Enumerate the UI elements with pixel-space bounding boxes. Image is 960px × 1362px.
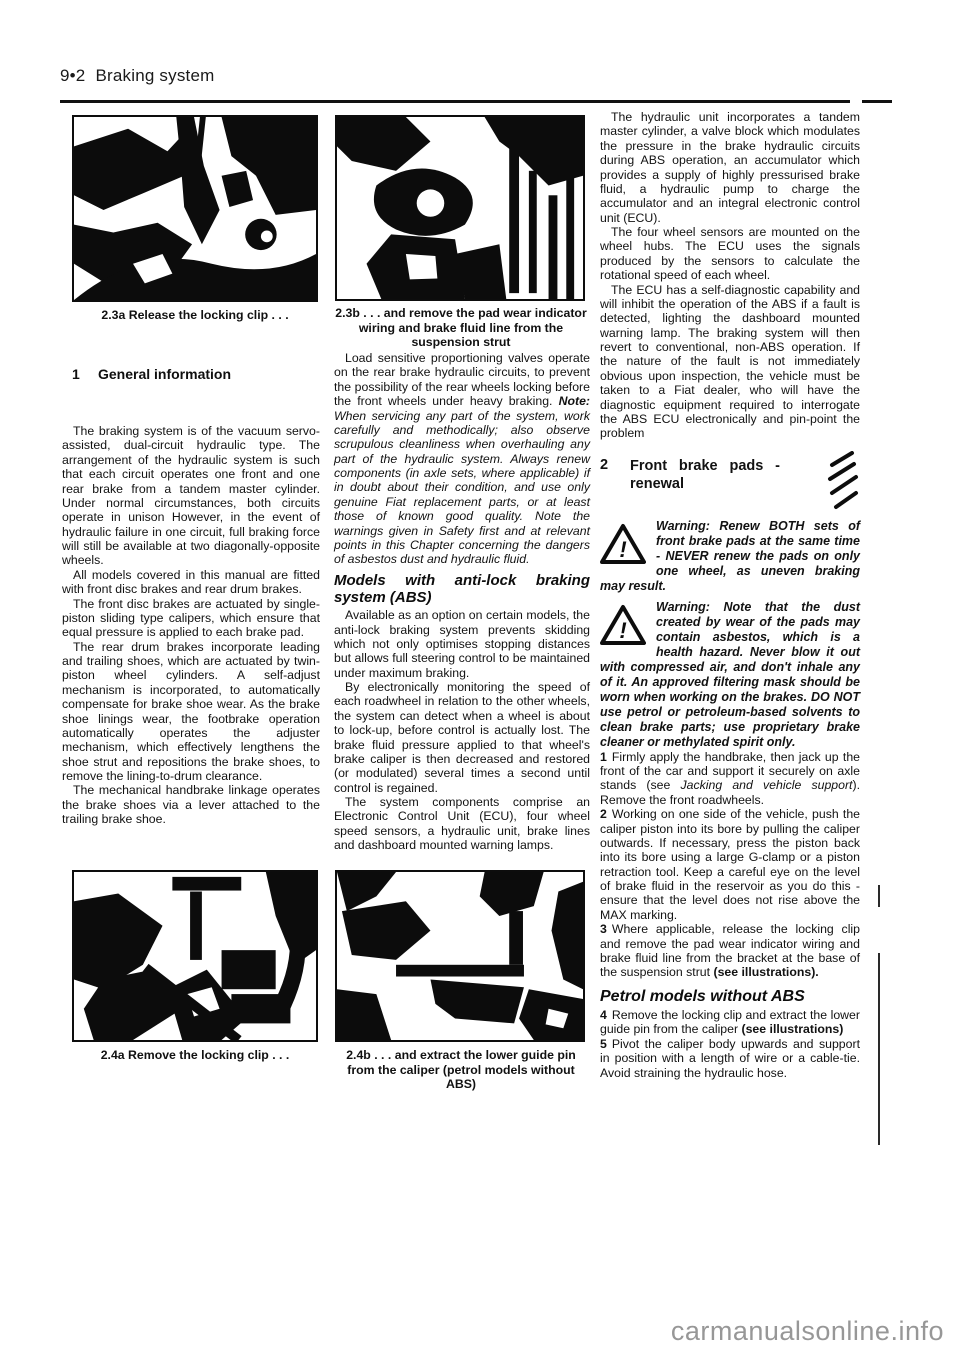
paragraph: The braking system is of the vacuum serv… [62, 424, 320, 568]
difficulty-spanner-icon [826, 451, 860, 513]
procedure-step: 4Remove the locking clip and extract the… [600, 1008, 860, 1037]
halftone-photo-image [74, 117, 316, 300]
column-3-body: The hydraulic unit incorporates a tandem… [600, 110, 860, 1080]
procedure-step: 1Firmly apply the handbrake, then jack u… [600, 750, 860, 808]
warning-label: Warning: [656, 600, 710, 614]
paragraph: Available as an option on certain models… [334, 608, 590, 680]
warning-block-1: ! Warning: Renew BOTH sets of front brak… [600, 519, 860, 594]
petrol-subheading: Petrol models without ABS [600, 988, 860, 1006]
paragraph: All models covered in this manual are fi… [62, 568, 320, 597]
page-header: 9•2Braking system [60, 66, 214, 86]
header-rule [60, 100, 850, 103]
warning-label: Warning: [656, 519, 710, 533]
paragraph: The front disc brakes are actuated by si… [62, 597, 320, 640]
step-number: 3 [600, 922, 607, 936]
halftone-photo-image [74, 872, 316, 1040]
section-2-number: 2 [600, 457, 630, 474]
section-2-title: Front brake pads - renewal [630, 457, 780, 493]
paragraph: By electronically monitoring the speed o… [334, 680, 590, 795]
exclamation-glyph: ! [619, 618, 626, 643]
figure-photo-2-3a [72, 115, 318, 302]
procedure-step: 5Pivot the caliper body upwards and supp… [600, 1037, 860, 1080]
halftone-photo-image [337, 872, 583, 1040]
header-rule-dash [862, 100, 892, 103]
halftone-photo-image [337, 117, 583, 299]
section-1-title: General information [98, 366, 231, 382]
step-number: 4 [600, 1008, 607, 1022]
section-1-heading: 1 General information [72, 366, 322, 382]
abs-subheading: Models with anti-lock braking system (AB… [334, 572, 590, 607]
scan-artifact-line [878, 885, 880, 907]
watermark: carmanualsonline.info [671, 1316, 944, 1347]
note-text: When servicing any part of the system, w… [334, 409, 590, 567]
warning-triangle-icon: ! [600, 523, 646, 565]
figure-photo-2-4a [72, 870, 318, 1042]
paragraph: The hydraulic unit incorporates a tandem… [600, 110, 860, 225]
paragraph: The mechanical handbrake linkage operate… [62, 783, 320, 826]
page-number: 9•2 [60, 66, 85, 85]
step-text: Working on one side of the vehicle, push… [600, 807, 860, 922]
column-2-body: Load sensitive proportioning valves oper… [334, 351, 590, 853]
figure-caption-2-4b: 2.4b . . . and extract the lower guide p… [333, 1048, 589, 1092]
step-text-bold: (see illustrations). [713, 965, 818, 979]
paragraph: The four wheel sensors are mounted on th… [600, 225, 860, 283]
section-2-heading: 2 Front brake pads - renewal [600, 457, 860, 513]
page-title: Braking system [95, 66, 214, 85]
paragraph-with-note: Load sensitive proportioning valves oper… [334, 351, 590, 567]
step-text: Pivot the caliper body upwards and suppo… [600, 1037, 860, 1080]
figure-caption-2-4a: 2.4a Remove the locking clip . . . [60, 1048, 330, 1063]
section-1-number: 1 [72, 366, 98, 382]
procedure-step: 3Where applicable, release the locking c… [600, 922, 860, 980]
figure-caption-2-3b: 2.3b . . . and remove the pad wear indic… [333, 306, 589, 350]
exclamation-glyph: ! [619, 537, 626, 562]
paragraph: The system components comprise an Electr… [334, 795, 590, 853]
figure-caption-2-3a: 2.3a Release the locking clip . . . [60, 308, 330, 323]
figure-photo-2-3b [335, 115, 585, 301]
step-text-bold: (see illustrations) [742, 1022, 844, 1036]
paragraph: The ECU has a self-diagnostic capability… [600, 283, 860, 441]
note-label: Note: [559, 394, 590, 408]
step-number: 2 [600, 807, 607, 821]
warning-triangle-icon: ! [600, 604, 646, 646]
column-1-body: The braking system is of the vacuum serv… [62, 424, 320, 827]
scan-artifact-line [878, 953, 880, 1145]
figure-photo-2-4b [335, 870, 585, 1042]
step-text-italic: Jacking and vehicle support [680, 778, 852, 792]
procedure-step: 2Working on one side of the vehicle, pus… [600, 807, 860, 922]
paragraph-text: Load sensitive proportioning valves oper… [334, 351, 590, 408]
step-number: 1 [600, 750, 607, 764]
paragraph: The rear drum brakes incorporate leading… [62, 640, 320, 784]
step-number: 5 [600, 1037, 607, 1051]
warning-block-2: ! Warning: Note that the dust created by… [600, 600, 860, 750]
